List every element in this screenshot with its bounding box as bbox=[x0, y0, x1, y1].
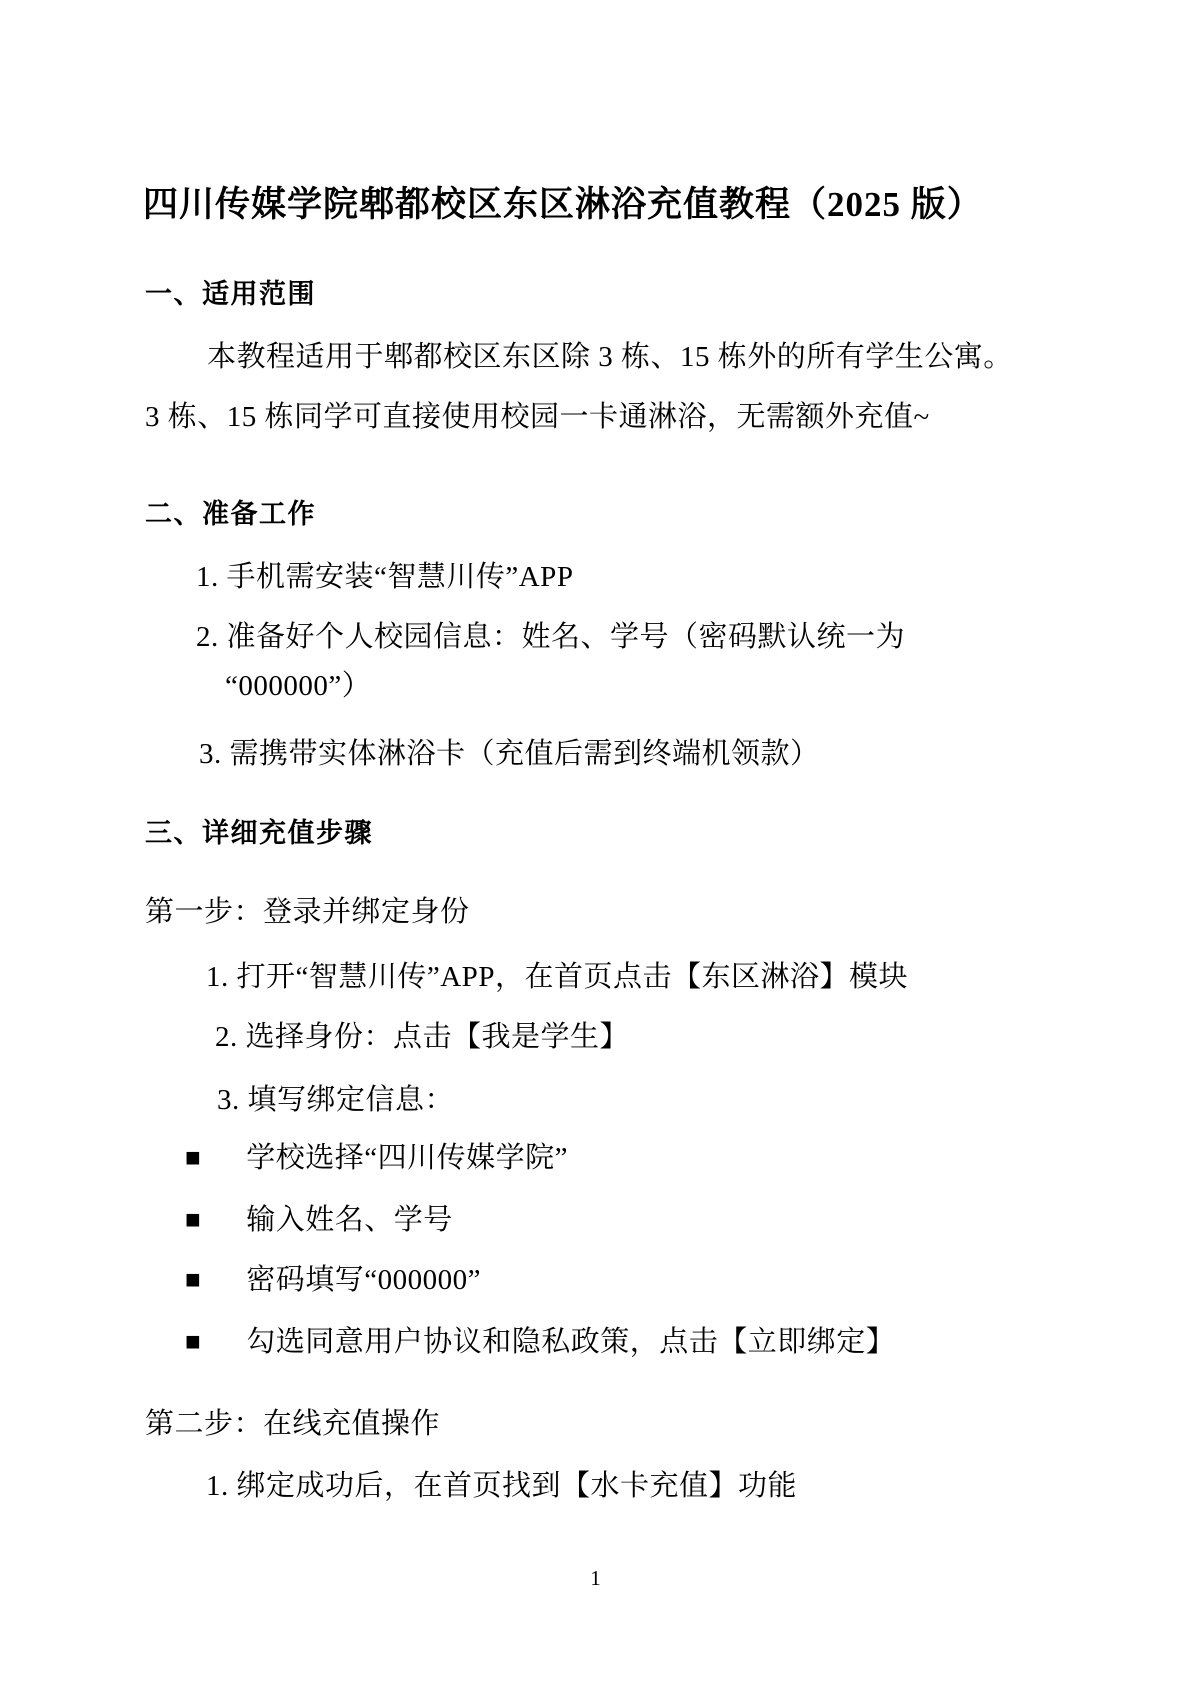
bullet-square-icon: ■ bbox=[185, 1143, 201, 1173]
bullet-square-icon: ■ bbox=[185, 1265, 201, 1295]
document-page: 四川传媒学院郫都校区东区淋浴充值教程（2025 版） 一、适用范围 本教程适用于… bbox=[0, 0, 1191, 1684]
section1-para-line1: 本教程适用于郫都校区东区除 3 栋、15 栋外的所有学生公寓。 bbox=[207, 341, 1013, 374]
section1-para-line2: 3 栋、15 栋同学可直接使用校园一卡通淋浴，无需额外充值~ bbox=[145, 401, 930, 434]
step1-heading: 第一步：登录并绑定身份 bbox=[145, 896, 470, 929]
section1-heading: 一、适用范围 bbox=[145, 279, 316, 310]
section2-item3: 3. 需携带实体淋浴卡（充值后需到终端机领款） bbox=[199, 738, 820, 771]
step1-bullet-item: ■勾选同意用户协议和隐私政策，点击【立即绑定】 bbox=[185, 1326, 895, 1359]
step1-bullet3-text: 密码填写“000000” bbox=[246, 1264, 481, 1296]
step1-bullet-item: ■输入姓名、学号 bbox=[185, 1204, 453, 1237]
bullet-square-icon: ■ bbox=[185, 1205, 201, 1235]
step1-bullet2-text: 输入姓名、学号 bbox=[246, 1204, 453, 1236]
step1-bullet1-text: 学校选择“四川传媒学院” bbox=[246, 1142, 568, 1174]
section2-item2-line1: 2. 准备好个人校园信息：姓名、学号（密码默认统一为 bbox=[196, 621, 905, 654]
step1-bullet-item: ■学校选择“四川传媒学院” bbox=[185, 1142, 568, 1175]
section3-heading: 三、详细充值步骤 bbox=[145, 818, 373, 849]
step2-heading: 第二步：在线充值操作 bbox=[145, 1408, 440, 1441]
doc-title: 四川传媒学院郫都校区东区淋浴充值教程（2025 版） bbox=[143, 185, 983, 225]
step1-item1: 1. 打开“智慧川传”APP，在首页点击【东区淋浴】模块 bbox=[206, 961, 908, 994]
section2-item1: 1. 手机需安装“智慧川传”APP bbox=[196, 561, 573, 594]
step2-item1: 1. 绑定成功后，在首页找到【水卡充值】功能 bbox=[206, 1470, 797, 1503]
section2-item2-line2: “000000”） bbox=[225, 670, 371, 703]
step1-item2: 2. 选择身份：点击【我是学生】 bbox=[215, 1021, 629, 1054]
step1-bullet4-text: 勾选同意用户协议和隐私政策，点击【立即绑定】 bbox=[246, 1326, 895, 1358]
bullet-square-icon: ■ bbox=[185, 1327, 201, 1357]
step1-item3: 3. 填写绑定信息： bbox=[217, 1084, 454, 1117]
page-number: 1 bbox=[0, 1566, 1191, 1590]
step1-bullet-item: ■密码填写“000000” bbox=[185, 1264, 481, 1297]
section2-heading: 二、准备工作 bbox=[145, 499, 316, 530]
